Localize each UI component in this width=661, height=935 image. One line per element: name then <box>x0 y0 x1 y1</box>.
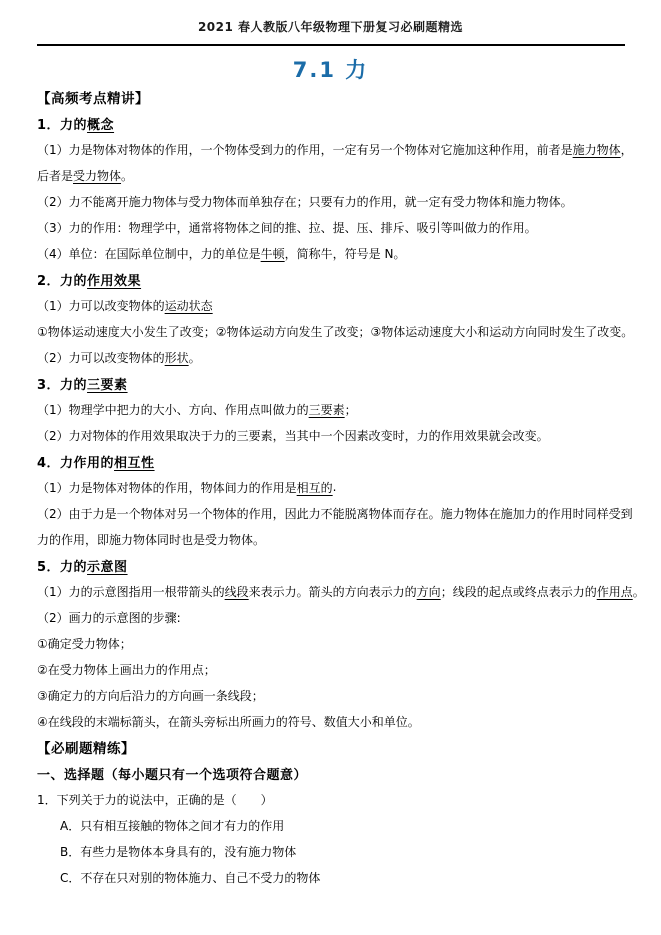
text-line: （2）画力的示意图的步骤: <box>37 604 625 630</box>
text-segment: 4．力作用的 <box>37 452 114 471</box>
text-line: （1）力是物体对物体的作用，一个物体受到力的作用，一定有另一个物体对它施加这种作… <box>37 136 625 162</box>
text-segment: 5．力的 <box>37 556 87 575</box>
question-1-option-b: B．有些力是物体本身具有的，没有施力物体 <box>37 838 625 864</box>
text-line: （2）力可以改变物体的形状。 <box>37 344 625 370</box>
text-segment: 【高频考点精讲】 <box>37 87 149 107</box>
text-segment: 力的作用，即施力物体同时也是受力物体。 <box>37 531 265 548</box>
question-1-stem: 1．下列关于力的说法中，正确的是（ ） <box>37 786 625 812</box>
document-header: 2021 春人教版八年级物理下册复习必刷题精选 <box>0 19 661 35</box>
text-segment: 。 <box>121 167 133 184</box>
text-segment: 1．力的 <box>37 114 87 133</box>
text-segment: ②在受力物体上画出力的作用点； <box>37 661 216 678</box>
underlined-term: 施力物体 <box>573 141 621 158</box>
text-segment: . <box>333 480 337 494</box>
text-segment: （2）力可以改变物体的 <box>37 349 165 366</box>
text-segment: 2．力的 <box>37 270 87 289</box>
text-line: ①确定受力物体； <box>37 630 625 656</box>
text-line: （3）力的作用：物理学中，通常将物体之间的推、拉、提、压、排斥、吸引等叫做力的作… <box>37 214 625 240</box>
text-segment: （4）单位：在国际单位制中，力的单位是 <box>37 245 261 262</box>
text-segment: B．有些力是物体本身具有的，没有施力物体 <box>60 843 296 860</box>
text-segment: （2）力不能离开施力物体与受力物体而单独存在；只要有力的作用，就一定有受力物体和… <box>37 193 573 210</box>
underlined-term: 相互性 <box>114 452 155 471</box>
text-segment: C．不存在只对别的物体施力、自己不受力的物体 <box>60 869 320 886</box>
underlined-term: 概念 <box>87 114 114 133</box>
text-segment: A．只有相互接触的物体之间才有力的作用 <box>60 817 284 834</box>
text-segment: （1）力是物体对物体的作用，一个物体受到力的作用，一定有另一个物体对它施加这种作… <box>37 141 573 158</box>
text-line: 力的作用，即施力物体同时也是受力物体。 <box>37 526 625 552</box>
underlined-term: 运动状态 <box>165 297 213 314</box>
text-segment: ；线段的起点或终点表示力的 <box>441 583 597 600</box>
text-line: （1）力的示意图指用一根带箭头的线段来表示力。箭头的方向表示力的方向；线段的起点… <box>37 578 625 604</box>
topic-header-3: 3．力的三要素 <box>37 370 625 396</box>
text-segment: （1）力是物体对物体的作用，物体间力的作用是 <box>37 479 297 496</box>
topic-header-5: 5．力的示意图 <box>37 552 625 578</box>
underlined-term: 线段 <box>225 583 249 600</box>
text-segment: 。 <box>633 583 645 600</box>
text-segment: 1．下列关于力的说法中，正确的是（ ） <box>37 791 273 808</box>
section-header-practice: 【必刷题精练】 <box>37 734 625 760</box>
topic-header-1: 1．力的概念 <box>37 110 625 136</box>
question-1-option-a: A．只有相互接触的物体之间才有力的作用 <box>37 812 625 838</box>
text-line: ②在受力物体上画出力的作用点； <box>37 656 625 682</box>
underlined-term: 方向 <box>417 583 441 600</box>
text-segment: 3．力的 <box>37 374 87 393</box>
question-type-header: 一、选择题（每小题只有一个选项符合题意） <box>37 760 625 786</box>
text-line: （2）力不能离开施力物体与受力物体而单独存在；只要有力的作用，就一定有受力物体和… <box>37 188 625 214</box>
text-segment: ③确定力的方向后沿力的方向画一条线段； <box>37 687 264 704</box>
underlined-term: 牛顿 <box>261 245 285 262</box>
text-segment: 后者是 <box>37 167 73 184</box>
text-line: （1）力是物体对物体的作用，物体间力的作用是相互的. <box>37 474 625 500</box>
text-line: 后者是受力物体。 <box>37 162 625 188</box>
text-line: ③确定力的方向后沿力的方向画一条线段； <box>37 682 625 708</box>
underlined-term: 示意图 <box>87 556 128 575</box>
text-segment: ①物体运动速度大小发生了改变；②物体运动方向发生了改变；③物体运动速度大小和运动… <box>37 323 633 340</box>
text-segment: （2）由于力是一个物体对另一个物体的作用，因此力不能脱离物体而存在。施力物体在施… <box>37 505 633 522</box>
text-segment: ， <box>621 141 633 158</box>
document-page: 2021 春人教版八年级物理下册复习必刷题精选 7.1 力 【高频考点精讲】1．… <box>0 0 661 935</box>
text-line: （1）物理学中把力的大小、方向、作用点叫做力的三要素； <box>37 396 625 422</box>
text-segment: 。 <box>189 349 201 366</box>
text-segment: ④在线段的末端标箭头，在箭头旁标出所画力的符号、数值大小和单位。 <box>37 713 420 730</box>
text-segment: （2）画力的示意图的步骤: <box>37 609 181 626</box>
section-header-highfreq: 【高频考点精讲】 <box>37 84 625 110</box>
text-segment: 【必刷题精练】 <box>37 737 135 757</box>
underlined-term: 三要素 <box>309 401 345 418</box>
underlined-term: 三要素 <box>87 374 128 393</box>
topic-header-4: 4．力作用的相互性 <box>37 448 625 474</box>
text-segment: （3）力的作用：物理学中，通常将物体之间的推、拉、提、压、排斥、吸引等叫做力的作… <box>37 219 537 236</box>
underlined-term: 形状 <box>165 349 189 366</box>
text-segment: （1）物理学中把力的大小、方向、作用点叫做力的 <box>37 401 309 418</box>
underlined-term: 受力物体 <box>73 167 121 184</box>
text-segment: ①确定受力物体； <box>37 635 132 652</box>
text-line: （1）力可以改变物体的运动状态 <box>37 292 625 318</box>
document-body: 【高频考点精讲】1．力的概念（1）力是物体对物体的作用，一个物体受到力的作用，一… <box>37 84 625 890</box>
text-segment: 一、选择题（每小题只有一个选项符合题意） <box>37 764 307 783</box>
text-segment: （1）力可以改变物体的 <box>37 297 165 314</box>
text-line: （4）单位：在国际单位制中，力的单位是牛顿，简称牛，符号是 N。 <box>37 240 625 266</box>
page-title: 7.1 力 <box>0 55 661 85</box>
text-line: （2）力对物体的作用效果取决于力的三要素，当其中一个因素改变时，力的作用效果就会… <box>37 422 625 448</box>
text-segment: 来表示力。箭头的方向表示力的 <box>249 583 417 600</box>
text-segment: ，简称牛，符号是 N。 <box>285 245 406 262</box>
text-segment: （1）力的示意图指用一根带箭头的 <box>37 583 225 600</box>
text-segment: ； <box>345 401 357 418</box>
header-divider <box>37 44 625 46</box>
text-line: （2）由于力是一个物体对另一个物体的作用，因此力不能脱离物体而存在。施力物体在施… <box>37 500 625 526</box>
underlined-term: 作用效果 <box>87 270 141 289</box>
question-1-option-c: C．不存在只对别的物体施力、自己不受力的物体 <box>37 864 625 890</box>
text-line: ④在线段的末端标箭头，在箭头旁标出所画力的符号、数值大小和单位。 <box>37 708 625 734</box>
underlined-term: 作用点 <box>597 583 633 600</box>
topic-header-2: 2．力的作用效果 <box>37 266 625 292</box>
underlined-term: 相互的 <box>297 479 333 496</box>
text-line: ①物体运动速度大小发生了改变；②物体运动方向发生了改变；③物体运动速度大小和运动… <box>37 318 625 344</box>
text-segment: （2）力对物体的作用效果取决于力的三要素，当其中一个因素改变时，力的作用效果就会… <box>37 427 549 444</box>
